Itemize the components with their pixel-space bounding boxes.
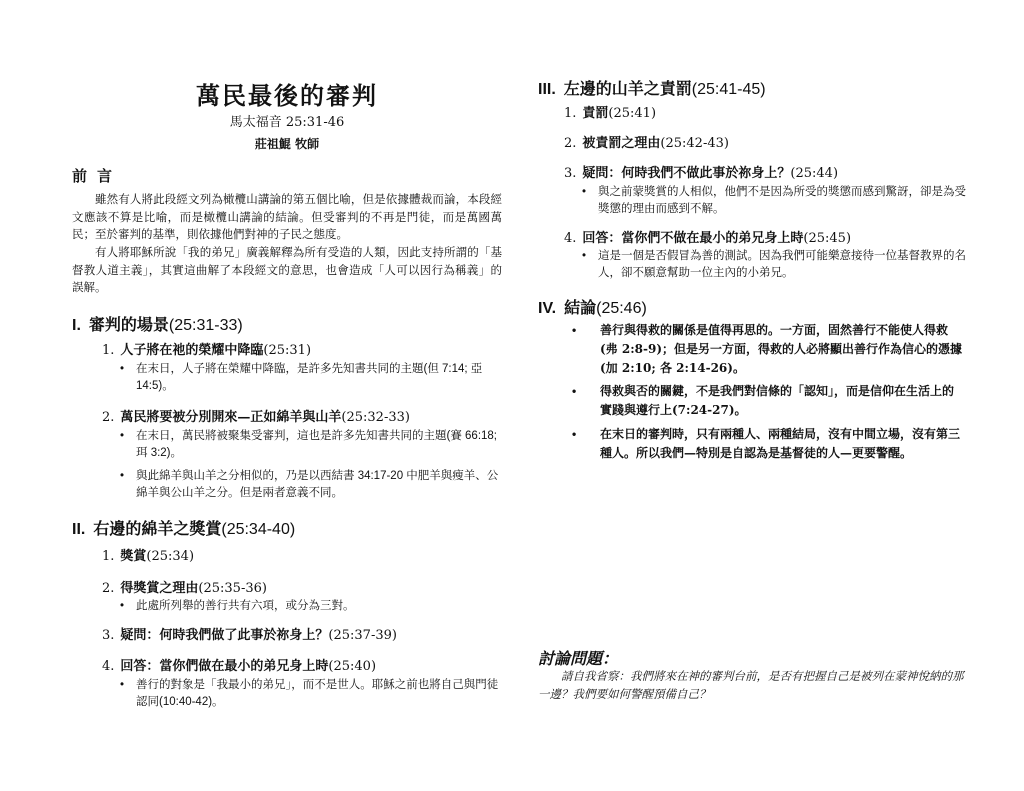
item-ref: (25:45) [803,231,851,246]
bullet-icon: • [572,321,576,340]
bullet-icon: • [572,425,576,444]
item-title: 得獎賞之理由 [120,581,198,596]
bullet-item: •這是一個是否假冒為善的測試。因為我們可能樂意接待一位基督教界的名人，卻不願意幫… [598,248,968,282]
section-2-item-3: 3.疑問：何時我們做了此事於祢身上？(25:37-39) [102,624,397,643]
item-number: 2. [102,581,114,596]
item-title: 疑問：何時我們不做此事於祢身上？ [582,166,790,181]
bullet-item: •在末日，萬民將被聚集受審判，這也是許多先知書共同的主題(賽 66:18; 珥 … [136,428,502,462]
scripture-reference: 馬太福音 25:31-46 [72,111,502,130]
section-ref: (25:34-40) [221,521,295,538]
bullet-icon: • [120,361,124,378]
item-number: 3. [564,166,576,181]
bullet-text: 這是一個是否假冒為善的測試。因為我們可能樂意接待一位基督教界的名人，卻不願意幫助… [598,250,966,279]
item-number: 1. [564,106,576,121]
page-title: 萬民最後的審判 [72,76,502,111]
item-number: 4. [102,659,114,674]
item-title: 回答：當你們不做在最小的弟兄身上時 [582,231,803,246]
item-title: 責罰 [582,106,608,121]
section-numeral: I. [72,317,81,334]
section-2-item-2: 2.得獎賞之理由(25:35-36) [102,577,267,596]
conclusion-bullet: •得救與否的關鍵，不是我們對信條的「認知」，而是信仰在生活上的實踐與遵行上(7:… [600,382,964,420]
bullet-text: 善行的對象是「我最小的弟兄」，而不是世人。耶穌之前也將自己與門徒認同(10:40… [136,679,498,708]
bullet-icon: • [572,382,576,401]
item-number: 1. [102,343,114,358]
section-ref: (25:31-33) [169,317,243,334]
section-2-item-1: 1.獎賞(25:34) [102,545,194,564]
item-title: 疑問：何時我們做了此事於祢身上？ [120,628,328,643]
section-1-heading: I.審判的場景(25:31-33) [72,312,243,335]
item-title: 人子將在祂的榮耀中降臨 [120,343,263,358]
item-title: 被責罰之理由 [582,136,660,151]
section-title: 右邊的綿羊之獎賞 [93,519,221,538]
item-title: 回答：當你們做在最小的弟兄身上時 [120,659,328,674]
bullet-text: 得救與否的關鍵，不是我們對信條的「認知」，而是信仰在生活上的實踐與遵行上(7:2… [600,384,954,417]
bullet-icon: • [120,677,124,694]
item-ref: (25:34) [146,549,194,564]
bullet-text: 善行與得救的關係是值得再思的。一方面，固然善行不能使人得救(弗 2:8-9)；但… [600,323,962,375]
item-title: 萬民將要被分別開來—正如綿羊與山羊 [120,410,341,425]
section-title: 左邊的山羊之責罰 [564,79,692,98]
bullet-text: 在末日，人子將在榮耀中降臨，是許多先知書共同的主題(但 7:14; 亞 14:5… [136,363,482,392]
author: 莊祖鯤 牧師 [72,135,502,152]
bullet-text: 在末日的審判時，只有兩種人、兩種結局，沒有中間立場，沒有第三種人。所以我們—特別… [600,427,960,460]
bullet-text: 在末日，萬民將被聚集受審判，這也是許多先知書共同的主題(賽 66:18; 珥 3… [136,430,497,459]
section-3-item-3: 3.疑問：何時我們不做此事於祢身上？(25:44) [564,162,838,181]
section-1-item-1: 1.人子將在祂的榮耀中降臨(25:31) [102,339,311,358]
bullet-item: •與之前蒙獎賞的人相似，他們不是因為所受的獎懲而感到驚訝，卻是為受獎懲的理由而感… [598,184,968,218]
section-3-item-1: 1.責罰(25:41) [564,102,656,121]
intro-paragraph-1: 雖然有人將此段經文列為橄欖山講論的第五個比喻，但是依據體裁而論，本段經文應該不算… [72,192,502,245]
section-4-heading: IV.結論(25:46) [538,295,647,318]
item-ref: (25:40) [328,659,376,674]
bullet-icon: • [120,428,124,445]
section-3-heading: III.左邊的山羊之責罰(25:41-45) [538,76,766,99]
bullet-text: 與之前蒙獎賞的人相似，他們不是因為所受的獎懲而感到驚訝，卻是為受獎懲的理由而感到… [598,186,966,215]
bullet-icon: • [582,184,586,201]
bullet-item: •善行的對象是「我最小的弟兄」，而不是世人。耶穌之前也將自己與門徒認同(10:4… [136,677,502,711]
item-number: 1. [102,549,114,564]
item-number: 3. [102,628,114,643]
item-ref: (25:42-43) [660,136,729,151]
discussion-heading: 討論問題： [538,646,618,669]
bullet-icon: • [120,598,124,615]
section-1-item-2: 2.萬民將要被分別開來—正如綿羊與山羊(25:32-33) [102,406,410,425]
section-2-item-4: 4.回答：當你們做在最小的弟兄身上時(25:40) [102,655,376,674]
section-ref: (25:41-45) [692,81,766,98]
intro-paragraph-2: 有人將耶穌所說「我的弟兄」廣義解釋為所有受造的人類，因此支持所謂的「基督教人道主… [72,245,502,298]
bullet-item: •在末日，人子將在榮耀中降臨，是許多先知書共同的主題(但 7:14; 亞 14:… [136,361,502,395]
item-ref: (25:31) [263,343,311,358]
item-ref: (25:41) [608,106,656,121]
section-numeral: II. [72,521,85,538]
conclusion-bullet: •在末日的審判時，只有兩種人、兩種結局，沒有中間立場，沒有第三種人。所以我們—特… [600,425,964,463]
bullet-text: 與此綿羊與山羊之分相似的，乃是以西結書 34:17-20 中肥羊與瘦羊、公綿羊與… [136,470,498,499]
bullet-icon: • [120,468,124,485]
bullet-item: •與此綿羊與山羊之分相似的，乃是以西結書 34:17-20 中肥羊與瘦羊、公綿羊… [136,468,502,502]
discussion-text: 請自我省察：我們將來在神的審判台前，是否有把握自己是被列在蒙神悅納的那一邊？我們… [538,668,968,704]
section-title: 審判的場景 [89,315,169,334]
section-3-item-2: 2.被責罰之理由(25:42-43) [564,132,729,151]
item-ref: (25:37-39) [328,628,397,643]
section-3-item-4: 4.回答：當你們不做在最小的弟兄身上時(25:45) [564,227,851,246]
item-number: 4. [564,231,576,246]
item-number: 2. [564,136,576,151]
item-title: 獎賞 [120,549,146,564]
section-numeral: IV. [538,300,556,317]
item-ref: (25:32-33) [341,410,410,425]
conclusion-bullet: •善行與得救的關係是值得再思的。一方面，固然善行不能使人得救(弗 2:8-9)；… [600,321,964,378]
section-ref: (25:46) [596,300,647,317]
item-number: 2. [102,410,114,425]
section-2-heading: II.右邊的綿羊之獎賞(25:34-40) [72,516,295,539]
section-title: 結論 [564,298,596,317]
section-numeral: III. [538,81,556,98]
item-ref: (25:35-36) [198,581,267,596]
intro-heading: 前言 [72,165,122,186]
bullet-icon: • [582,248,586,265]
bullet-text: 此處所列舉的善行共有六項，或分為三對。 [136,600,355,612]
bullet-item: •此處所列舉的善行共有六項，或分為三對。 [136,598,502,615]
item-ref: (25:44) [790,166,838,181]
